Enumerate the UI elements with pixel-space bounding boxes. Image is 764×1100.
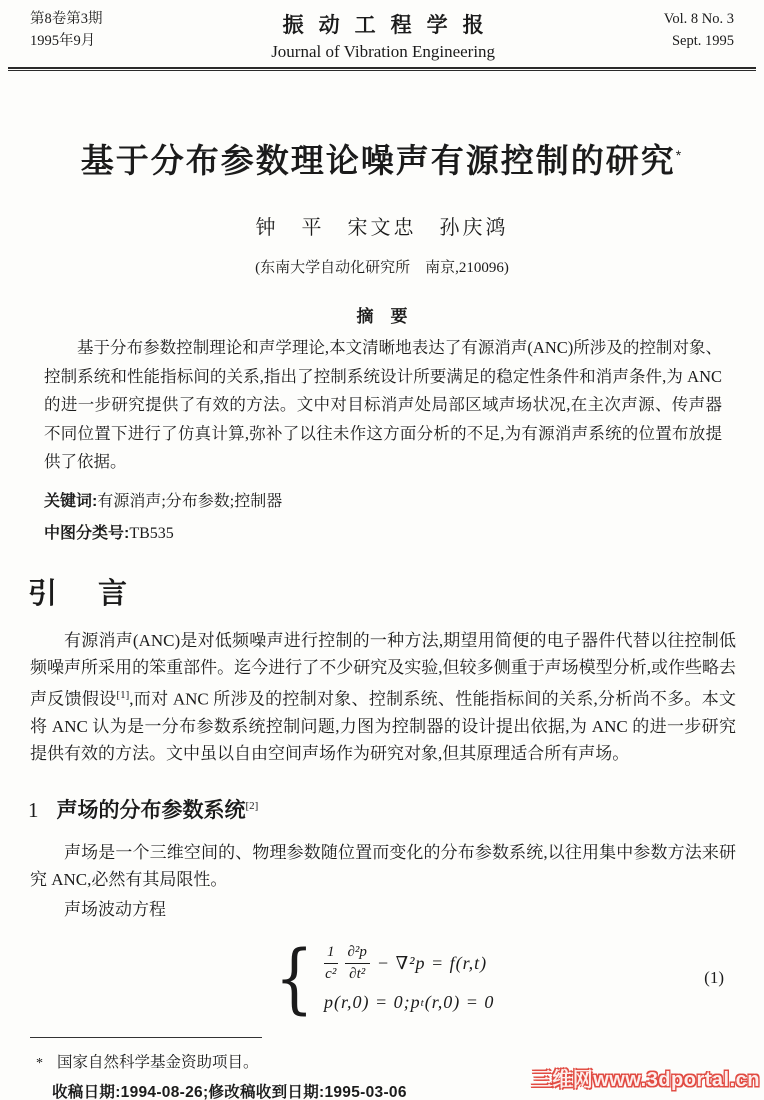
fraction-1-numerator: 1: [324, 943, 338, 964]
authors-line: 钟 平 宋文忠 孙庆鸿: [0, 211, 764, 240]
section-1-heading: 1声场的分布参数系统[2]: [28, 794, 764, 824]
header-volume-issue-cn: 第8卷第3期 1995年9月: [30, 9, 103, 53]
abstract-heading: 摘 要: [0, 302, 764, 327]
keywords-line: 关键词:有源消声;分布参数;控制器: [44, 490, 722, 514]
title-footnote-marker: *: [676, 147, 683, 163]
journal-page: 第8卷第3期 1995年9月 振动工程学报 Journal of Vibrati…: [0, 0, 764, 1100]
equation-lines: 1 c² ∂²p ∂t² − ∇²p = f(r,t) p(r,0) = 0;p…: [324, 943, 494, 1014]
journal-title-en: Journal of Vibration Engineering: [268, 42, 499, 62]
intro-paragraph: 有源消声(ANC)是对低频噪声进行控制的一种方法,期望用简便的电子器件代替以往控…: [30, 627, 736, 768]
fraction-2-numerator: ∂²p: [345, 943, 370, 964]
fraction-d2p-dt2: ∂²p ∂t²: [345, 943, 370, 984]
section-1-number: 1: [28, 798, 39, 822]
issue-date-cn: 1995年9月: [30, 31, 103, 53]
section-1-paragraph: 声场是一个三维空间的、物理参数随位置而变化的分布参数系统,以往用集中参数方法来研…: [30, 839, 736, 894]
clc-value: TB535: [129, 525, 173, 542]
keywords-label: 关键词:: [44, 493, 97, 510]
article-title: 基于分布参数理论噪声有源控制的研究*: [0, 135, 764, 182]
initial-condition-b: (r,0) = 0: [425, 992, 495, 1013]
fraction-1-denominator: c²: [324, 964, 338, 984]
keywords-value: 有源消声;分布参数;控制器: [97, 493, 282, 510]
wave-equation-lead-in: 声场波动方程: [30, 896, 736, 924]
journal-title-cn: 振动工程学报: [268, 9, 499, 39]
wave-equation: { 1 c² ∂²p ∂t² − ∇²p = f(r,t) p(r,0) = 0…: [270, 943, 495, 1014]
header-volume-issue-en: Vol. 8 No. 3 Sept. 1995: [664, 9, 734, 53]
footnote-marker: *: [36, 1056, 43, 1072]
issue-date-en: Sept. 1995: [664, 31, 734, 53]
section-1-title: 声场的分布参数系统: [57, 799, 246, 822]
header-divider: [8, 67, 756, 71]
equation-number: (1): [704, 968, 724, 988]
initial-condition-a: p(r,0) = 0;p: [324, 992, 421, 1013]
watermark: 三维网www.3dportal.cn: [532, 1063, 760, 1092]
volume-issue-cn: 第8卷第3期: [30, 9, 103, 31]
equation-line-2: p(r,0) = 0;pt(r,0) = 0: [324, 992, 494, 1013]
volume-issue-en: Vol. 8 No. 3: [664, 9, 734, 31]
fraction-2-denominator: ∂t²: [345, 964, 370, 984]
fraction-one-over-c-squared: 1 c²: [324, 943, 338, 984]
page-header: 第8卷第3期 1995年9月 振动工程学报 Journal of Vibrati…: [0, 0, 764, 62]
equation-line-1: 1 c² ∂²p ∂t² − ∇²p = f(r,t): [324, 943, 494, 984]
wave-equation-block: { 1 c² ∂²p ∂t² − ∇²p = f(r,t) p(r,0) = 0…: [40, 935, 724, 1021]
affiliation-line: (东南大学自动化研究所 南京,210096): [0, 256, 764, 277]
article-title-text: 基于分布参数理论噪声有源控制的研究: [81, 142, 676, 179]
intro-text-2: ,而对 ANC 所涉及的控制对象、控制系统、性能指标间的关系,分析尚不多。本文将…: [30, 689, 736, 763]
equation-brace: {: [274, 944, 313, 1012]
clc-label: 中图分类号:: [44, 525, 129, 542]
header-journal-title: 振动工程学报 Journal of Vibration Engineering: [268, 9, 499, 62]
reference-marker-1: [1]: [116, 689, 129, 701]
reference-marker-2: [2]: [246, 800, 259, 812]
abstract-body: 基于分布参数控制理论和声学理论,本文清晰地表达了有源消声(ANC)所涉及的控制对…: [44, 334, 722, 477]
equation-rhs: − ∇²p = f(r,t): [377, 953, 487, 974]
clc-line: 中图分类号:TB535: [44, 522, 722, 546]
funding-text: 国家自然科学基金资助项目。: [57, 1050, 259, 1072]
intro-heading: 引 言: [28, 571, 764, 612]
footnote-divider: [30, 1037, 262, 1038]
